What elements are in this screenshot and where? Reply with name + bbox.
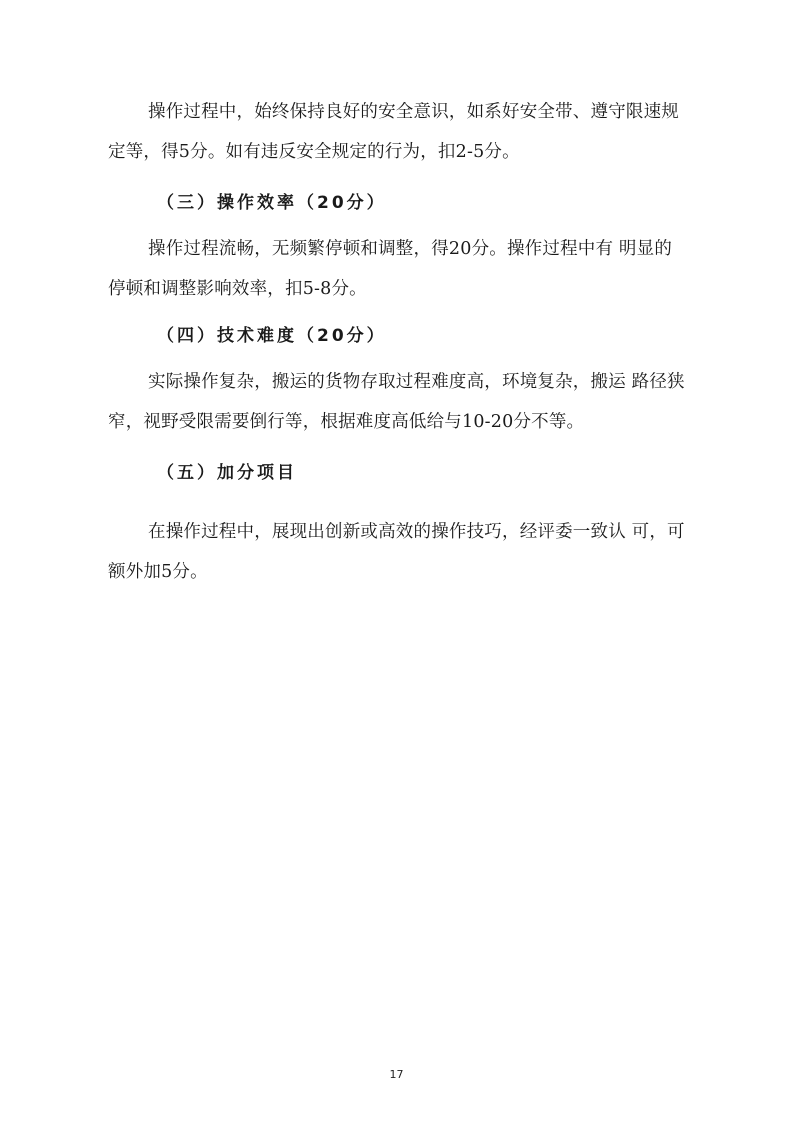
paragraph-bonus-items: 在操作过程中，展现出创新或高效的操作技巧，经评委一致认 可，可额外加5分。 — [108, 512, 688, 592]
page-number: 17 — [0, 1068, 793, 1081]
paragraph-technical-difficulty: 实际操作复杂，搬运的货物存取过程难度高，环境复杂，搬运 路径狭窄，视野受限需要倒… — [108, 362, 688, 442]
heading-technical-difficulty: （四）技术难度（20分） — [157, 321, 387, 346]
paragraph-safety-awareness: 操作过程中，始终保持良好的安全意识，如系好安全带、遵守限速规定等，得5分。如有违… — [108, 92, 688, 172]
paragraph-operation-efficiency: 操作过程流畅，无频繁停顿和调整，得20分。操作过程中有 明显的停顿和调整影响效率… — [108, 229, 688, 309]
heading-operation-efficiency: （三）操作效率（20分） — [157, 188, 387, 213]
heading-bonus-items: （五）加分项目 — [157, 458, 297, 483]
